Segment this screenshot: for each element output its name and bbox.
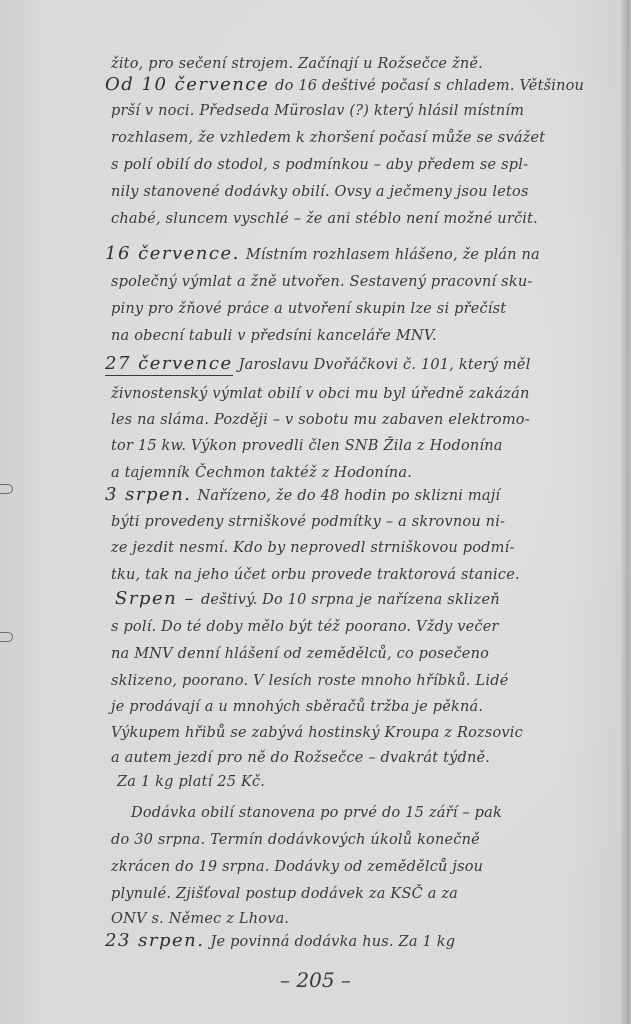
- text-line: společný výmlat a žně utvořen. Sestavený…: [105, 270, 532, 291]
- text-line: do 30 srpna. Termín dodávkových úkolů ko…: [105, 828, 480, 849]
- punch-hole-mark: [0, 632, 13, 642]
- text-line: je prodávají a u mnohých sběračů tržba j…: [105, 695, 483, 716]
- text-line: Za 1 kg platí 25 Kč.: [111, 770, 265, 791]
- text-line: les na sláma. Později – v sobotu mu zaba…: [105, 408, 530, 429]
- text-line: na MNV denní hlášení od zemědělců, co po…: [105, 642, 489, 663]
- text-line: a tajemník Čechmon taktéž z Hodonína.: [105, 461, 412, 482]
- text-line: a autem jezdí pro ně do Rožsečce – dvakr…: [105, 746, 490, 767]
- text-line: zkrácen do 19 srpna. Dodávky od zemědělc…: [105, 855, 483, 876]
- text-line: s polí obilí do stodol, s podmínkou – ab…: [105, 153, 528, 174]
- text-line: chabé, sluncem vyschlé – že ani stéblo n…: [105, 207, 538, 228]
- text-line: Dodávka obilí stanovena po prvé do 15 zá…: [125, 801, 502, 822]
- text-line: s polí. Do té doby mělo být též poorano.…: [105, 615, 499, 636]
- page-number: – 205 –: [0, 968, 631, 992]
- text-line: ze jezdit nesmí. Kdo by neprovedl strniš…: [105, 536, 515, 557]
- text-line: nily stanovené dodávky obilí. Ovsy a ječ…: [105, 180, 529, 201]
- text-line: tor 15 kw. Výkon provedli člen SNB Žila …: [105, 434, 503, 455]
- text-line: Srpen –deštivý. Do 10 srpna je nařízena …: [115, 588, 500, 609]
- text-line: piny pro žňové práce a utvoření skupin l…: [105, 297, 506, 318]
- text-line: 3 srpen.Nařízeno, že do 48 hodin po skli…: [105, 484, 500, 505]
- text-line: ONV s. Němec z Lhova.: [105, 907, 289, 928]
- text-line: tku, tak na jeho účet orbu provede trakt…: [105, 563, 520, 584]
- text-line: živnostenský výmlat obilí v obci mu byl …: [105, 382, 530, 403]
- text-line: rozhlasem, že vzhledem k zhoršení počasí…: [105, 126, 545, 147]
- text-line: Od 10 červencedo 16 deštivé počasí s chl…: [105, 74, 584, 95]
- text-line: sklizeno, poorano. V lesích roste mnoho …: [105, 669, 508, 690]
- text-line: býti provedeny strniškové podmítky – a s…: [105, 510, 505, 531]
- punch-hole-mark: [0, 484, 13, 494]
- text-line: 27 červenceJaroslavu Dvořáčkovi č. 101, …: [105, 353, 531, 374]
- text-line: plynulé. Zjišťoval postup dodávek za KSČ…: [105, 882, 458, 903]
- scanned-page: žito, pro sečení strojem. Začínají u Rož…: [0, 0, 631, 1024]
- text-line: prší v noci. Předseda Müroslav (?) který…: [105, 99, 524, 120]
- text-line: žito, pro sečení strojem. Začínají u Rož…: [105, 52, 483, 73]
- text-line: 23 srpen.Je povinná dodávka hus. Za 1 kg: [105, 930, 455, 951]
- text-line: Výkupem hřibů se zabývá hostinský Kroupa…: [105, 721, 523, 742]
- text-line: na obecní tabuli v předsíni kanceláře MN…: [105, 324, 437, 345]
- text-line: 16 července.Místním rozhlasem hlášeno, ž…: [105, 243, 540, 264]
